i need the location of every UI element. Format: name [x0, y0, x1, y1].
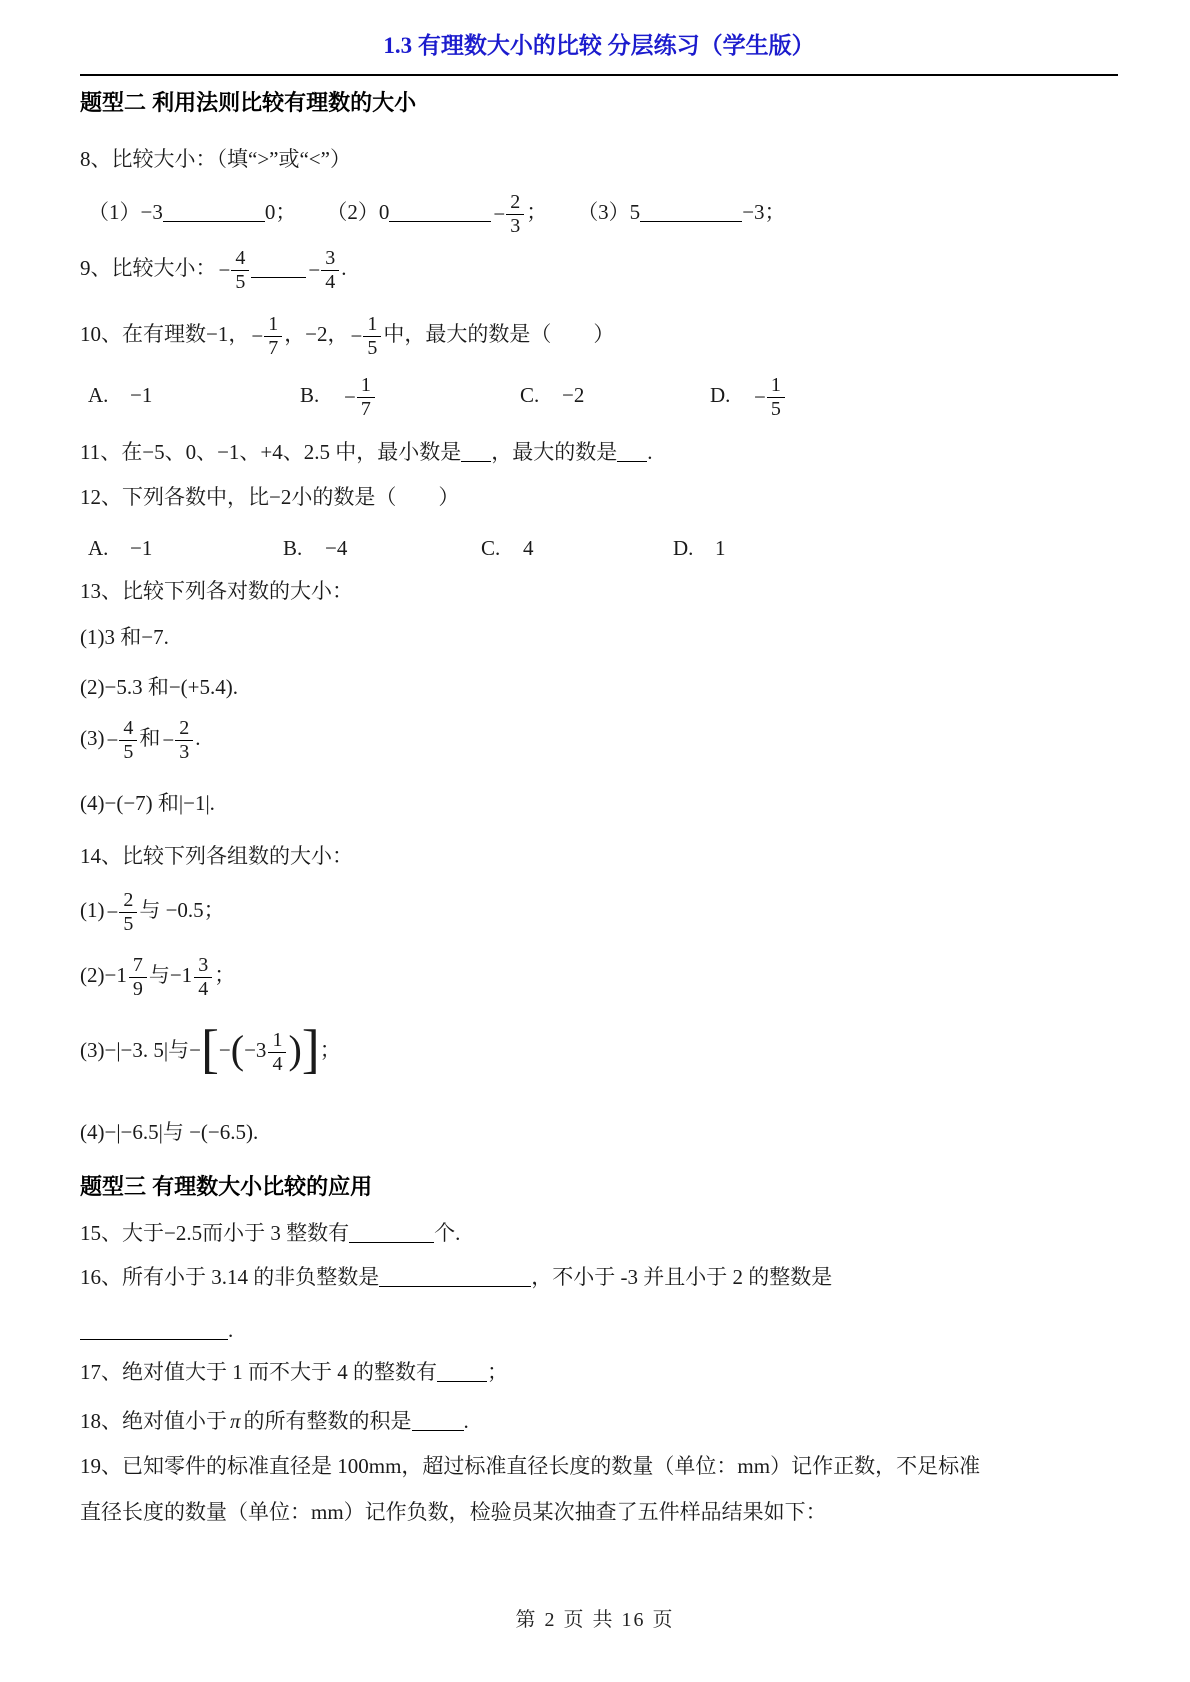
option-label: B. — [300, 367, 342, 423]
option-value: 1 — [715, 536, 726, 560]
q13-p3-mid: 和 — [139, 726, 160, 750]
page-title: 1.3 有理数大小的比较 分层练习（学生版） — [80, 30, 1118, 62]
fraction-denominator: 3 — [506, 215, 524, 238]
fraction-numerator: 2 — [506, 191, 524, 215]
q14-part3: (3)−|−3. 5|与−[−(−314)]； — [80, 1016, 1118, 1084]
fraction-denominator: 3 — [175, 741, 193, 764]
q11-pre: 11、在−5、0、−1、+4、2.5 中，最小数是 — [80, 440, 461, 464]
fraction-denominator: 5 — [231, 271, 249, 294]
option-label: A. — [88, 533, 130, 563]
q16-line2: . — [80, 1315, 1118, 1345]
q9-pre: 9、比较大小： — [80, 256, 217, 280]
header-divider — [80, 74, 1118, 76]
fraction-stack: 45 — [119, 717, 137, 764]
fraction-seven-ninths: 79 — [129, 954, 147, 1001]
fraction-denominator: 9 — [129, 978, 147, 1001]
q14-part2: (2)−179与−134； — [80, 947, 1118, 1003]
fraction-stack: 17 — [264, 313, 282, 360]
fraction-sign: − — [107, 884, 119, 940]
fraction-neg-two-fifths: −25 — [107, 884, 138, 940]
fraction-neg-two-thirds: −23 — [493, 186, 524, 242]
q14-p1-pre: (1) — [80, 898, 105, 922]
q10-pre: 10、在有理数−1， — [80, 322, 249, 346]
q11-blank-2 — [617, 441, 647, 462]
page-number: 第 2 页 共 16 页 — [0, 1605, 1190, 1635]
q8-part1: （1）−30； — [88, 200, 296, 224]
fraction-denominator: 5 — [767, 398, 785, 421]
q10-post: 中，最大的数是（ ） — [383, 322, 614, 346]
q15-pre: 15、大于−2.5而小于 3 整数有 — [80, 1221, 349, 1245]
fraction-stack: 23 — [175, 717, 193, 764]
fraction-sign: − — [344, 369, 356, 425]
fraction-stack: 15 — [363, 313, 381, 360]
q13-stem: 13、比较下列各对数的大小： — [80, 576, 1118, 606]
q12-options: A.−1B.−4C.4D.1 — [80, 533, 1118, 563]
q9-stem: 9、比较大小：−45−34. — [80, 240, 1118, 296]
q10-options: A.−1B.−17C.−2D.−15 — [80, 367, 1118, 423]
fraction-denominator: 4 — [321, 271, 339, 294]
q16-blank-2 — [80, 1319, 228, 1340]
option-value: −1 — [130, 383, 152, 407]
q14-p2-pre: (2)−1 — [80, 963, 127, 987]
q16-l2-post: . — [228, 1318, 233, 1342]
q17-stem: 17、绝对值大于 1 而不大于 4 的整数有； — [80, 1357, 1118, 1387]
fraction-denominator: 5 — [119, 741, 137, 764]
q10-option-d: D.−15 — [710, 367, 787, 425]
option-label: C. — [520, 367, 562, 423]
option-label: D. — [673, 533, 715, 563]
fraction-sign: − — [308, 242, 320, 298]
option-value: −4 — [325, 536, 347, 560]
q8-parts: （1）−30；（2）0−23；（3）5−3； — [80, 184, 1118, 240]
option-label: D. — [710, 367, 752, 423]
q17-pre: 17、绝对值大于 1 而不大于 4 的整数有 — [80, 1360, 437, 1384]
q12-option-b: B.−4 — [283, 533, 481, 563]
q18-stem: 18、绝对值小于π的所有整数的积是. — [80, 1406, 1118, 1436]
section-two-heading: 题型二 利用法则比较有理数的大小 — [80, 88, 1118, 118]
fraction-sign: − — [493, 186, 505, 242]
fraction-numerator: 2 — [175, 717, 193, 741]
fraction-neg-one-seventh: −17 — [344, 369, 375, 425]
q8-p2-post: ； — [526, 200, 547, 224]
q8-p3-pre: （3）5 — [577, 200, 640, 224]
fraction-numerator: 1 — [357, 374, 375, 398]
q12-stem: 12、下列各数中，比−2小的数是（ ） — [80, 482, 1118, 512]
fraction-denominator: 4 — [268, 1053, 286, 1076]
q14-p3-post: ； — [320, 1038, 341, 1062]
option-value: −2 — [562, 383, 584, 407]
q11-stem: 11、在−5、0、−1、+4、2.5 中，最小数是，最大的数是. — [80, 437, 1118, 467]
fraction-numerator: 3 — [194, 954, 212, 978]
fraction-stack: 34 — [321, 247, 339, 294]
fraction-neg-one-fifth: −15 — [754, 369, 785, 425]
q13-p3-post: . — [195, 726, 200, 750]
q18-pre: 18、绝对值小于 — [80, 1409, 227, 1433]
q11-post: . — [647, 440, 652, 464]
q14-part4: (4)−|−6.5|与 −(−6.5). — [80, 1117, 1118, 1147]
fraction-numerator: 2 — [119, 889, 137, 913]
pi-symbol: π — [227, 1409, 244, 1433]
fraction-stack: 45 — [231, 247, 249, 294]
q13-part3: (3)−45和−23. — [80, 710, 1118, 766]
q14-p2-mid: 与−1 — [149, 963, 192, 987]
q12-option-a: A.−1 — [88, 533, 283, 563]
q10-option-a: A.−1 — [88, 367, 300, 423]
fraction-sign: − — [107, 712, 119, 768]
fraction-numerator: 4 — [231, 247, 249, 271]
fraction-sign: − — [219, 242, 231, 298]
q19-line2: 直径长度的数量（单位：mm）记作负数，检验员某次抽查了五件样品结果如下： — [80, 1497, 1118, 1527]
fraction-sign: − — [162, 712, 174, 768]
q14-p3-neg: − — [219, 1038, 231, 1062]
fraction-sign: − — [251, 308, 263, 364]
q10-option-b: B.−17 — [300, 367, 520, 425]
q10-mid: ，−2， — [284, 322, 348, 346]
q19-line1: 19、已知零件的标准直径是 100mm，超过标准直径长度的数量（单位：mm）记作… — [80, 1451, 1118, 1481]
fraction-neg-four-fifths: −45 — [219, 242, 250, 298]
left-paren: ( — [231, 1027, 244, 1072]
q8-part2: （2）0−23； — [326, 200, 547, 224]
q8-part3: （3）5−3； — [577, 200, 785, 224]
q13-part4: (4)−(−7) 和|−1|. — [80, 788, 1118, 818]
q14-stem: 14、比较下列各组数的大小： — [80, 841, 1118, 871]
q18-blank — [412, 1410, 464, 1431]
q8-p1-blank — [163, 201, 265, 222]
right-square-bracket: ] — [302, 1019, 320, 1079]
section-three-heading: 题型三 有理数大小比较的应用 — [80, 1172, 1118, 1202]
q16-line1: 16、所有小于 3.14 的非负整数是，不小于 -3 并且小于 2 的整数是 — [80, 1262, 1118, 1292]
fraction-numerator: 1 — [363, 313, 381, 337]
q12-option-c: C.4 — [481, 533, 673, 563]
q14-p2-post: ； — [214, 963, 235, 987]
fraction-stack: 14 — [268, 1029, 286, 1076]
option-label: A. — [88, 367, 130, 423]
q8-p1-post: 0； — [265, 200, 297, 224]
fraction-stack: 34 — [194, 954, 212, 1001]
q18-post: . — [464, 1409, 469, 1433]
q10-option-c: C.−2 — [520, 367, 710, 423]
fraction-stack: 15 — [767, 374, 785, 421]
q14-part1: (1)−25与 −0.5； — [80, 882, 1118, 938]
option-value: 4 — [523, 536, 534, 560]
fraction-three-fourths: 34 — [194, 954, 212, 1001]
q18-mid: 的所有整数的积是 — [244, 1409, 412, 1433]
option-label: B. — [283, 533, 325, 563]
option-label: C. — [481, 533, 523, 563]
q14-p3-pre: (3)−|−3. 5|与− — [80, 1038, 201, 1062]
q13-part1: (1)3 和−7. — [80, 622, 1118, 652]
q8-p2-pre: （2）0 — [326, 200, 389, 224]
fraction-numerator: 3 — [321, 247, 339, 271]
q8-p1-pre: （1）−3 — [88, 200, 163, 224]
q16-l1-pre: 16、所有小于 3.14 的非负整数是 — [80, 1265, 379, 1289]
q17-post: ； — [487, 1360, 508, 1384]
fraction-stack: 25 — [119, 889, 137, 936]
right-paren: ) — [288, 1027, 301, 1072]
q8-p3-post: −3； — [742, 200, 785, 224]
fraction-numerator: 1 — [264, 313, 282, 337]
q13-p3-pre: (3) — [80, 726, 105, 750]
q8-p2-blank — [389, 201, 491, 222]
q14-p1-post: 与 −0.5； — [139, 898, 224, 922]
fraction-numerator: 1 — [767, 374, 785, 398]
fraction-stack: 23 — [506, 191, 524, 238]
fraction-denominator: 4 — [194, 978, 212, 1001]
q16-l1-post: ，不小于 -3 并且小于 2 的整数是 — [531, 1265, 832, 1289]
left-square-bracket: [ — [201, 1019, 219, 1079]
fraction-numerator: 1 — [268, 1029, 286, 1053]
fraction-one-fourth: 14 — [268, 1029, 286, 1076]
fraction-neg-four-fifths: −45 — [107, 712, 138, 768]
q13-part2: (2)−5.3 和−(+5.4). — [80, 672, 1118, 702]
fraction-stack: 17 — [357, 374, 375, 421]
q9-blank — [251, 257, 306, 278]
fraction-sign: − — [754, 369, 766, 425]
q15-post: 个. — [434, 1221, 460, 1245]
fraction-denominator: 5 — [119, 913, 137, 936]
fraction-neg-one-seventh: −17 — [251, 308, 282, 364]
option-value: −1 — [130, 536, 152, 560]
fraction-neg-one-fifth: −15 — [351, 308, 382, 364]
worksheet-page: 1.3 有理数大小的比较 分层练习（学生版） 题型二 利用法则比较有理数的大小 … — [0, 0, 1190, 1527]
q11-blank-1 — [461, 441, 491, 462]
fraction-stack: 79 — [129, 954, 147, 1001]
q12-option-d: D.1 — [673, 533, 726, 563]
q9-post: . — [341, 256, 346, 280]
q17-blank — [437, 1361, 487, 1382]
fraction-neg-two-thirds: −23 — [162, 712, 193, 768]
fraction-denominator: 7 — [357, 398, 375, 421]
fraction-numerator: 7 — [129, 954, 147, 978]
fraction-sign: − — [351, 308, 363, 364]
q15-blank — [349, 1222, 434, 1243]
q14-p3-inner: −3 — [244, 1038, 266, 1062]
fraction-numerator: 4 — [119, 717, 137, 741]
q10-stem: 10、在有理数−1，−17，−2，−15中，最大的数是（ ） — [80, 306, 1118, 362]
fraction-neg-three-fourths: −34 — [308, 242, 339, 298]
q8-p3-blank — [640, 201, 742, 222]
q11-mid: ，最大的数是 — [491, 440, 617, 464]
q8-stem: 8、比较大小：（填“>”或“<”） — [80, 144, 1118, 174]
q16-blank-1 — [379, 1266, 531, 1287]
fraction-denominator: 5 — [363, 337, 381, 360]
fraction-denominator: 7 — [264, 337, 282, 360]
q15-stem: 15、大于−2.5而小于 3 整数有个. — [80, 1218, 1118, 1248]
